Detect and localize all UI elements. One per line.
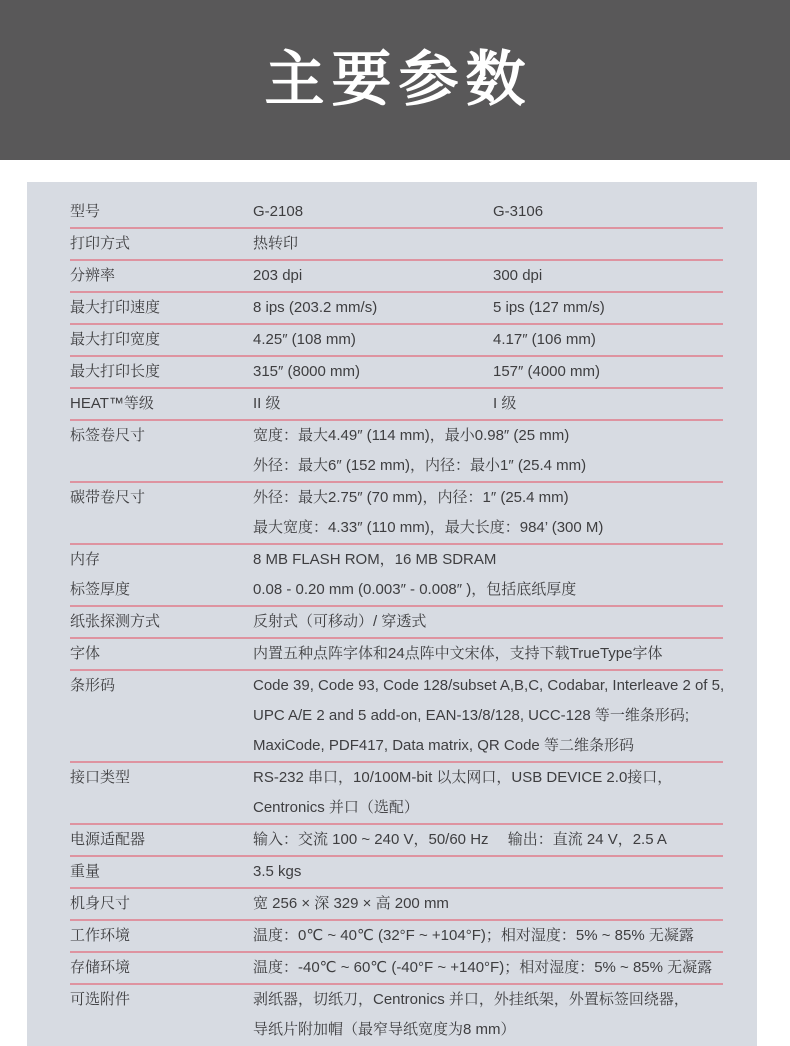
- spec-values: 输入：交流 100 ~ 240 V，50/60 Hz 输出：直流 24 V，2.…: [253, 825, 723, 855]
- spec-values: 热转印: [253, 229, 723, 259]
- spec-values: 8 ips (203.2 mm/s)5 ips (127 mm/s): [253, 293, 723, 323]
- spec-row: 最大打印长度315″ (8000 mm)157″ (4000 mm): [70, 357, 723, 389]
- spec-value-line: MaxiCode, PDF417, Data matrix, QR Code 等…: [253, 731, 723, 761]
- spec-label: 型号: [70, 197, 253, 227]
- spec-label: HEAT™等级: [70, 389, 253, 419]
- spec-value-line: 剥纸器，切纸刀，Centronics 并口，外挂纸架，外置标签回绕器，: [253, 985, 723, 1015]
- spec-values: G-2108G-3106: [253, 197, 723, 227]
- spec-value-line: RS-232 串口，10/100M-bit 以太网口，USB DEVICE 2.…: [253, 763, 723, 793]
- spec-label: 碳带卷尺寸: [70, 483, 253, 513]
- spec-values: 宽 256 × 深 329 × 高 200 mm: [253, 889, 723, 919]
- spec-value-line: Code 39, Code 93, Code 128/subset A,B,C,…: [253, 671, 723, 701]
- spec-label: 分辨率: [70, 261, 253, 291]
- spec-row: HEAT™等级II 级I 级: [70, 389, 723, 421]
- spec-row: 存储环境温度：-40℃ ~ 60℃ (-40°F ~ +140°F)；相对湿度：…: [70, 953, 723, 985]
- spec-value-col1: G-2108: [253, 197, 493, 227]
- spec-values: 剥纸器，切纸刀，Centronics 并口，外挂纸架，外置标签回绕器，导纸片附加…: [253, 985, 723, 1045]
- spec-label: 重量: [70, 857, 253, 887]
- spec-label: 可选附件: [70, 985, 253, 1015]
- header-banner: 主要参数: [0, 0, 790, 160]
- spec-row: 标签卷尺寸宽度：最大4.49″ (114 mm)，最小0.98″ (25 mm)…: [70, 421, 723, 483]
- spec-values: 宽度：最大4.49″ (114 mm)，最小0.98″ (25 mm)外径：最大…: [253, 421, 723, 481]
- spec-row: 接口类型RS-232 串口，10/100M-bit 以太网口，USB DEVIC…: [70, 763, 723, 825]
- spec-values: 内置五种点阵字体和24点阵中文宋体，支持下载TrueType字体: [253, 639, 723, 669]
- spec-values: Code 39, Code 93, Code 128/subset A,B,C,…: [253, 671, 723, 761]
- spec-value-col2: G-3106: [493, 197, 723, 227]
- spec-label: 接口类型: [70, 763, 253, 793]
- spec-value-line: 8 MB FLASH ROM，16 MB SDRAM: [253, 545, 723, 575]
- spec-value-col1: 4.25″ (108 mm): [253, 325, 493, 355]
- spec-row: 机身尺寸宽 256 × 深 329 × 高 200 mm: [70, 889, 723, 921]
- spec-panel: 型号G-2108G-3106打印方式热转印分辨率203 dpi300 dpi最大…: [27, 182, 757, 1046]
- spec-page: 主要参数 型号G-2108G-3106打印方式热转印分辨率203 dpi300 …: [0, 0, 790, 1046]
- spec-value-line: 温度：-40℃ ~ 60℃ (-40°F ~ +140°F)；相对湿度：5% ~…: [253, 953, 723, 983]
- spec-values: 反射式（可移动）/ 穿透式: [253, 607, 723, 637]
- spec-value-col1: 315″ (8000 mm): [253, 357, 493, 387]
- spec-row: 重量3.5 kgs: [70, 857, 723, 889]
- spec-value-line: 反射式（可移动）/ 穿透式: [253, 607, 723, 637]
- spec-row: 型号G-2108G-3106: [70, 197, 723, 229]
- spec-row: 纸张探测方式反射式（可移动）/ 穿透式: [70, 607, 723, 639]
- spec-label: 条形码: [70, 671, 253, 701]
- spec-label: 字体: [70, 639, 253, 669]
- spec-value-col2: I 级: [493, 389, 723, 419]
- spec-label: 机身尺寸: [70, 889, 253, 919]
- spec-table: 型号G-2108G-3106打印方式热转印分辨率203 dpi300 dpi最大…: [70, 197, 723, 1045]
- spec-value-line: 热转印: [253, 229, 723, 259]
- spec-label: 打印方式: [70, 229, 253, 259]
- spec-row: 最大打印宽度4.25″ (108 mm)4.17″ (106 mm): [70, 325, 723, 357]
- spec-value-col2: 300 dpi: [493, 261, 723, 291]
- spec-value-line: 内置五种点阵字体和24点阵中文宋体，支持下载TrueType字体: [253, 639, 723, 669]
- spec-label: 电源适配器: [70, 825, 253, 855]
- spec-values: RS-232 串口，10/100M-bit 以太网口，USB DEVICE 2.…: [253, 763, 723, 823]
- spec-values: 温度：-40℃ ~ 60℃ (-40°F ~ +140°F)；相对湿度：5% ~…: [253, 953, 723, 983]
- spec-value-col1: 203 dpi: [253, 261, 493, 291]
- spec-value-line: 输入：交流 100 ~ 240 V，50/60 Hz 输出：直流 24 V，2.…: [253, 825, 723, 855]
- spec-values: 3.5 kgs: [253, 857, 723, 887]
- spec-value-line: UPC A/E 2 and 5 add-on, EAN-13/8/128, UC…: [253, 701, 723, 731]
- spec-values: 203 dpi300 dpi: [253, 261, 723, 291]
- spec-values: 315″ (8000 mm)157″ (4000 mm): [253, 357, 723, 387]
- spec-values: II 级I 级: [253, 389, 723, 419]
- spec-label: 标签卷尺寸: [70, 421, 253, 451]
- spec-value-col2: 5 ips (127 mm/s): [493, 293, 723, 323]
- spec-row: 字体内置五种点阵字体和24点阵中文宋体，支持下载TrueType字体: [70, 639, 723, 671]
- spec-row: 内存8 MB FLASH ROM，16 MB SDRAM: [70, 545, 723, 575]
- spec-row: 标签厚度0.08 - 0.20 mm (0.003″ - 0.008″ )，包括…: [70, 575, 723, 607]
- spec-values: 外径：最大2.75″ (70 mm)，内径：1″ (25.4 mm)最大宽度：4…: [253, 483, 723, 543]
- spec-values: 温度：0℃ ~ 40℃ (32°F ~ +104°F)；相对湿度：5% ~ 85…: [253, 921, 723, 951]
- spec-value-line: 宽度：最大4.49″ (114 mm)，最小0.98″ (25 mm): [253, 421, 723, 451]
- spec-row: 分辨率203 dpi300 dpi: [70, 261, 723, 293]
- spec-value-line: 3.5 kgs: [253, 857, 723, 887]
- spec-value-line: 宽 256 × 深 329 × 高 200 mm: [253, 889, 723, 919]
- spec-row: 电源适配器输入：交流 100 ~ 240 V，50/60 Hz 输出：直流 24…: [70, 825, 723, 857]
- spec-values: 8 MB FLASH ROM，16 MB SDRAM: [253, 545, 723, 575]
- spec-value-col1: II 级: [253, 389, 493, 419]
- spec-value-line: 导纸片附加帽（最窄导纸宽度为8 mm）: [253, 1015, 723, 1045]
- spec-value-line: 外径：最大6″ (152 mm)，内径：最小1″ (25.4 mm): [253, 451, 723, 481]
- spec-label: 最大打印宽度: [70, 325, 253, 355]
- spec-value-line: Centronics 并口（选配）: [253, 793, 723, 823]
- spec-value-line: 温度：0℃ ~ 40℃ (32°F ~ +104°F)；相对湿度：5% ~ 85…: [253, 921, 723, 951]
- spec-label: 最大打印长度: [70, 357, 253, 387]
- spec-row: 打印方式热转印: [70, 229, 723, 261]
- spec-value-col2: 157″ (4000 mm): [493, 357, 723, 387]
- spec-value-col2: 4.17″ (106 mm): [493, 325, 723, 355]
- spec-row: 最大打印速度8 ips (203.2 mm/s)5 ips (127 mm/s): [70, 293, 723, 325]
- spec-label: 纸张探测方式: [70, 607, 253, 637]
- spec-row: 工作环境温度：0℃ ~ 40℃ (32°F ~ +104°F)；相对湿度：5% …: [70, 921, 723, 953]
- spec-label: 内存: [70, 545, 253, 575]
- spec-label: 工作环境: [70, 921, 253, 951]
- spec-value-line: 外径：最大2.75″ (70 mm)，内径：1″ (25.4 mm): [253, 483, 723, 513]
- spec-label: 最大打印速度: [70, 293, 253, 323]
- spec-label: 存储环境: [70, 953, 253, 983]
- spec-row: 条形码Code 39, Code 93, Code 128/subset A,B…: [70, 671, 723, 763]
- spec-value-line: 最大宽度：4.33″ (110 mm)，最大长度：984’ (300 M): [253, 513, 723, 543]
- page-title: 主要参数: [258, 50, 533, 110]
- spec-values: 4.25″ (108 mm)4.17″ (106 mm): [253, 325, 723, 355]
- spec-row: 可选附件剥纸器，切纸刀，Centronics 并口，外挂纸架，外置标签回绕器，导…: [70, 985, 723, 1045]
- spec-value-line: 0.08 - 0.20 mm (0.003″ - 0.008″ )，包括底纸厚度: [253, 575, 723, 605]
- spec-value-col1: 8 ips (203.2 mm/s): [253, 293, 493, 323]
- spec-row: 碳带卷尺寸外径：最大2.75″ (70 mm)，内径：1″ (25.4 mm)最…: [70, 483, 723, 545]
- spec-values: 0.08 - 0.20 mm (0.003″ - 0.008″ )，包括底纸厚度: [253, 575, 723, 605]
- spec-label: 标签厚度: [70, 575, 253, 605]
